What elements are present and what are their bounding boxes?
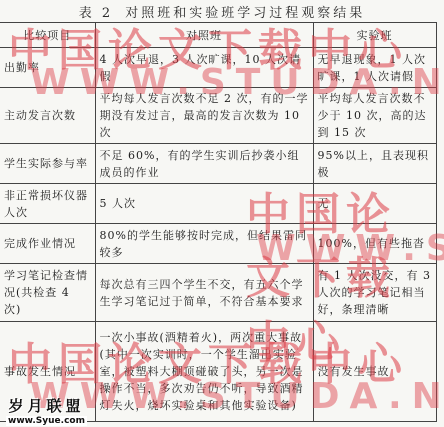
row-control: 80%的学生能够按时完成，但结果雷同较多	[95, 224, 313, 264]
row-item: 主动发言次数	[0, 88, 95, 144]
header-item: 比较项目	[0, 23, 95, 48]
row-control: 4 人次早退，3 人次旷课，10 人次请假	[95, 48, 313, 88]
row-control: 平均每人发言次数不足 2 次，有的一学期没有发过言，最高的发言次数为 10 次	[95, 88, 313, 144]
row-item: 学生实际参与率	[0, 144, 95, 184]
table-row: 事故发生情况 一次小事故(酒精着火)，两次重大事故(其中一次实训时，一个学生溜出…	[0, 322, 436, 422]
row-control: 一次小事故(酒精着火)，两次重大事故(其中一次实训时，一个学生溜出实验室，被塑料…	[95, 322, 313, 422]
row-item: 事故发生情况	[0, 322, 95, 422]
header-row: 比较项目 对照班 实验班	[0, 23, 436, 48]
table-row: 非正常损坏仪器人次 5 人次 无	[0, 184, 436, 224]
table-row: 学习笔记检查情况(共检查 4 次) 每次总有三四个学生不交，有五六个学生学习笔记…	[0, 264, 436, 322]
table-row: 出勤率 4 人次早退，3 人次旷课，10 人次请假 无早退现象，1 人次旷课，1…	[0, 48, 436, 88]
table-row: 完成作业情况 80%的学生能够按时完成，但结果雷同较多 100%，但有些拖沓	[0, 224, 436, 264]
row-item: 完成作业情况	[0, 224, 95, 264]
row-experiment: 无早退现象，1 人次旷课，1 人次请假	[313, 48, 436, 88]
row-experiment: 没有发生事故	[313, 322, 436, 422]
table-caption: 表 2对照班和实验班学习过程观察结果	[0, 2, 444, 21]
header-experiment: 实验班	[313, 23, 436, 48]
row-experiment: 平均每人发言次数不少于 10 次，高的达到 15 次	[313, 88, 436, 144]
table-row: 主动发言次数 平均每人发言次数不足 2 次，有的一学期没有发过言，最高的发言次数…	[0, 88, 436, 144]
table-title: 对照班和实验班学习过程观察结果	[125, 6, 365, 21]
observation-table: 比较项目 对照班 实验班 出勤率 4 人次早退，3 人次旷课，10 人次请假 无…	[0, 22, 437, 422]
row-item: 学习笔记检查情况(共检查 4 次)	[0, 264, 95, 322]
row-experiment: 100%，但有些拖沓	[313, 224, 436, 264]
header-control: 对照班	[95, 23, 313, 48]
table-number: 表 2	[79, 6, 113, 21]
row-experiment: 无	[313, 184, 436, 224]
row-control: 不足 60%，有的学生实训后抄袭小组成员的作业	[95, 144, 313, 184]
table-row: 学生实际参与率 不足 60%，有的学生实训后抄袭小组成员的作业 95%以上，且表…	[0, 144, 436, 184]
row-item: 非正常损坏仪器人次	[0, 184, 95, 224]
row-control: 5 人次	[95, 184, 313, 224]
row-control: 每次总有三四个学生不交，有五六个学生学习笔记过于简单，不符合基本要求	[95, 264, 313, 322]
row-item: 出勤率	[0, 48, 95, 88]
row-experiment: 95%以上，且表现积极	[313, 144, 436, 184]
row-experiment: 有 1 人次没交，有 3 人次的学习笔记相当好，条理清晰	[313, 264, 436, 322]
